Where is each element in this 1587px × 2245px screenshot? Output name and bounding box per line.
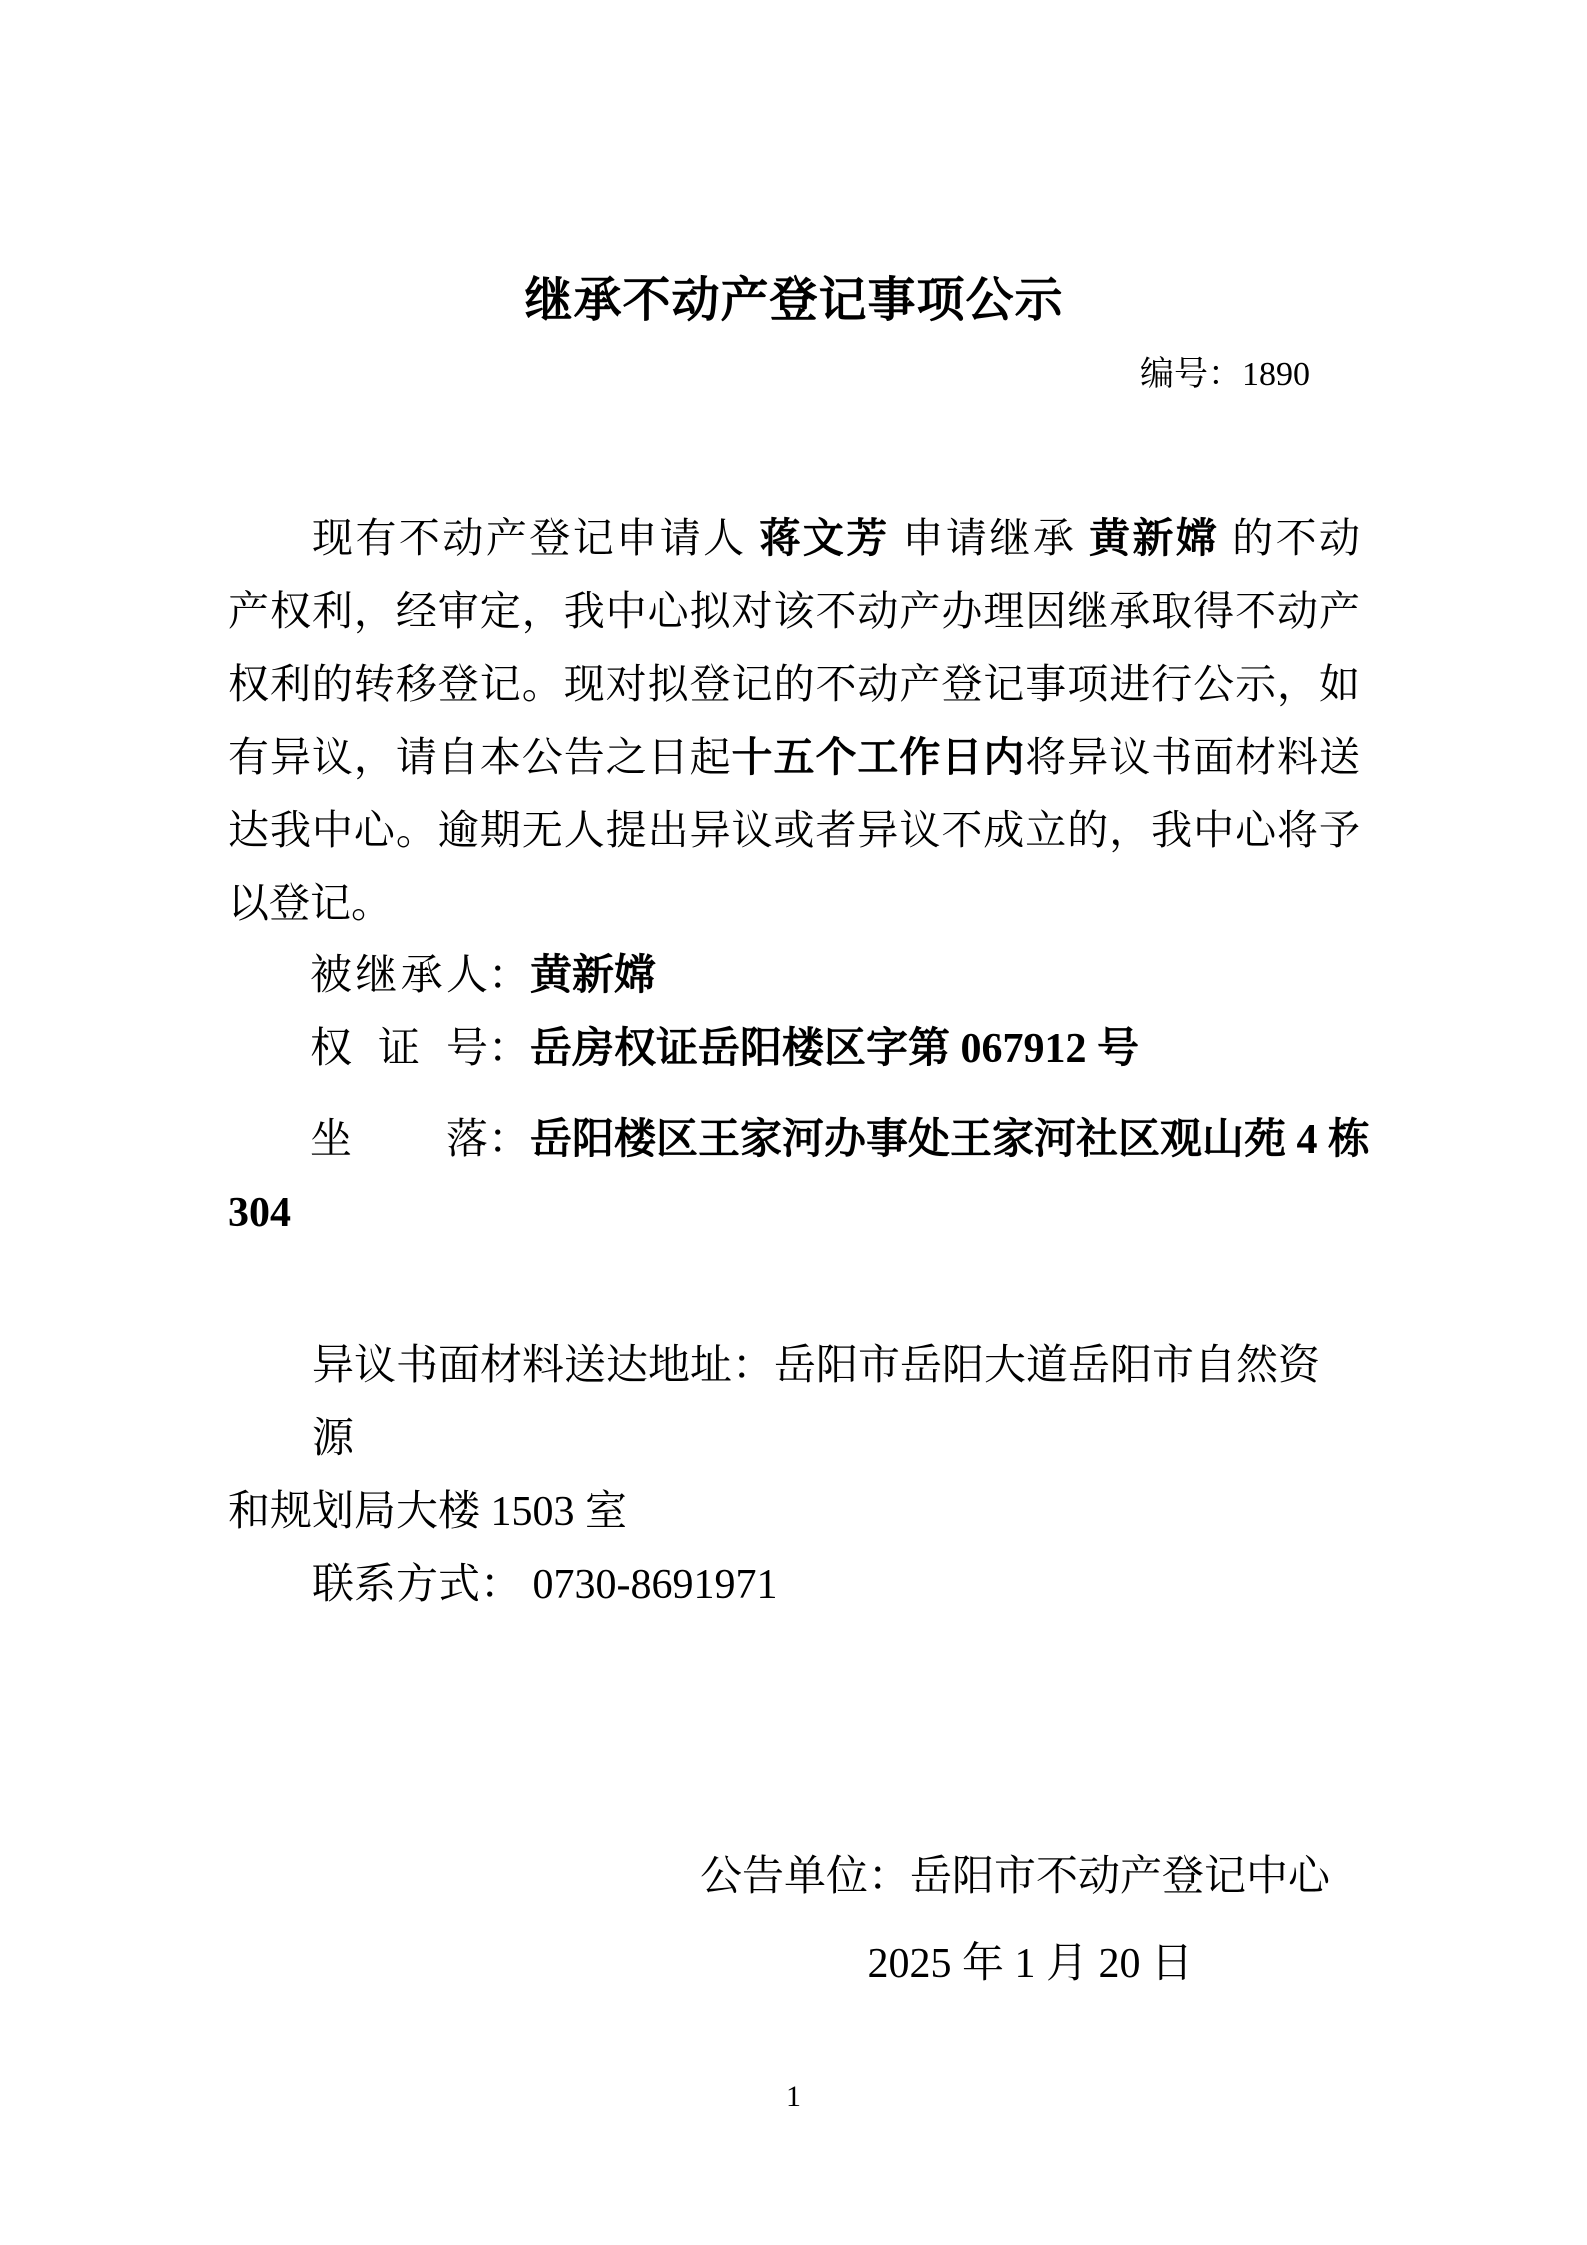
field-row-decedent: 被继承人：黄新嫦 (228, 940, 1360, 1013)
paragraph-line: 达我中心。逾期无人提出异议或者异议不成立的，我中心将予 (228, 794, 1360, 867)
label-char: 人 (446, 940, 488, 1013)
field-value-decedent: 黄新嫦 (530, 953, 656, 999)
field-row-location: 坐落：岳阳楼区王家河办事处王家河社区观山苑 4 栋 (228, 1104, 1360, 1177)
label-char: 号 (446, 1013, 488, 1086)
body-text: 产权利，经审定，我中心拟对该不动产办理因继承取得不动产 (228, 588, 1360, 634)
field-label-certificate: 权证号 (310, 1013, 488, 1086)
document-page: 继承不动产登记事项公示 编号：1890 现有不动产登记申请人 蒋文芳 申请继承 … (0, 0, 1587, 2245)
paragraph-line: 以登记。 (228, 867, 1360, 940)
field-colon: ： (488, 953, 530, 999)
body-text: 将异议书面材料送 (1025, 734, 1360, 780)
field-value-certificate: 岳房权证岳阳楼区字第 067912 号 (530, 1026, 1139, 1072)
body-text: 达我中心。逾期无人提出异议或者异议不成立的，我中心将予 (228, 807, 1360, 853)
paragraph-line: 现有不动产登记申请人 蒋文芳 申请继承 黄新嫦 的不动 (228, 502, 1360, 575)
body-text: 的不动 (1219, 515, 1360, 561)
fields-section: 被继承人：黄新嫦 权证号：岳房权证岳阳楼区字第 067912 号 坐落：岳阳楼区… (228, 940, 1360, 1250)
label-char: 继 (355, 940, 397, 1013)
address-contact-block: 异议书面材料送达地址：岳阳市岳阳大道岳阳市自然资源 和规划局大楼 1503 室 … (228, 1330, 1360, 1622)
field-value-location: 岳阳楼区王家河办事处王家河社区观山苑 4 栋 (530, 1117, 1370, 1163)
field-value-location-continuation: 304 (228, 1177, 1360, 1250)
field-label-decedent: 被继承人 (310, 940, 488, 1013)
field-colon: ： (488, 1026, 530, 1072)
emphasized-text: 黄新嫦 (1089, 515, 1219, 561)
objection-address-line2: 和规划局大楼 1503 室 (228, 1476, 1360, 1549)
label-char: 权 (310, 1013, 352, 1086)
page-title: 继承不动产登记事项公示 (228, 266, 1360, 336)
doc-number-value: 1890 (1242, 356, 1310, 393)
doc-number-line: 编号：1890 (228, 352, 1360, 398)
label-char: 承 (401, 940, 443, 1013)
paragraph-line: 产权利，经审定，我中心拟对该不动产办理因继承取得不动产 (228, 575, 1360, 648)
label-char: 坐 (310, 1104, 352, 1177)
label-char: 被 (310, 940, 352, 1013)
body-text: 权利的转移登记。现对拟登记的不动产登记事项进行公示，如 (228, 661, 1360, 707)
doc-number-label: 编号： (1140, 356, 1242, 393)
paragraph-line: 权利的转移登记。现对拟登记的不动产登记事项进行公示，如 (228, 648, 1360, 721)
field-colon: ： (488, 1117, 530, 1163)
body-text: 有异议，请自本公告之日起 (228, 734, 732, 780)
body-text: 以登记。 (228, 880, 392, 926)
field-row-certificate: 权证号：岳房权证岳阳楼区字第 067912 号 (228, 1013, 1360, 1086)
paragraph-line: 有异议，请自本公告之日起十五个工作日内将异议书面材料送 (228, 721, 1360, 794)
contact-line: 联系方式： 0730-8691971 (228, 1549, 1360, 1622)
document-content: 继承不动产登记事项公示 编号：1890 现有不动产登记申请人 蒋文芳 申请继承 … (0, 266, 1587, 2001)
date-line: 2025 年 1 月 20 日 (228, 1928, 1360, 2001)
body-text: 现有不动产登记申请人 (312, 515, 759, 561)
emphasized-text: 十五个工作日内 (732, 734, 1026, 780)
footer-block: 公告单位：岳阳市不动产登记中心 2025 年 1 月 20 日 (228, 1841, 1360, 2001)
label-char: 证 (378, 1013, 420, 1086)
issuer-line: 公告单位：岳阳市不动产登记中心 (228, 1841, 1360, 1914)
field-label-location: 坐落 (310, 1104, 488, 1177)
main-paragraph: 现有不动产登记申请人 蒋文芳 申请继承 黄新嫦 的不动产权利，经审定，我中心拟对… (228, 502, 1360, 940)
page-number: 1 (0, 2078, 1587, 2116)
emphasized-text: 蒋文芳 (759, 515, 889, 561)
label-char: 落 (446, 1104, 488, 1177)
objection-address-line1: 异议书面材料送达地址：岳阳市岳阳大道岳阳市自然资源 (228, 1330, 1360, 1476)
body-text: 申请继承 (890, 515, 1089, 561)
